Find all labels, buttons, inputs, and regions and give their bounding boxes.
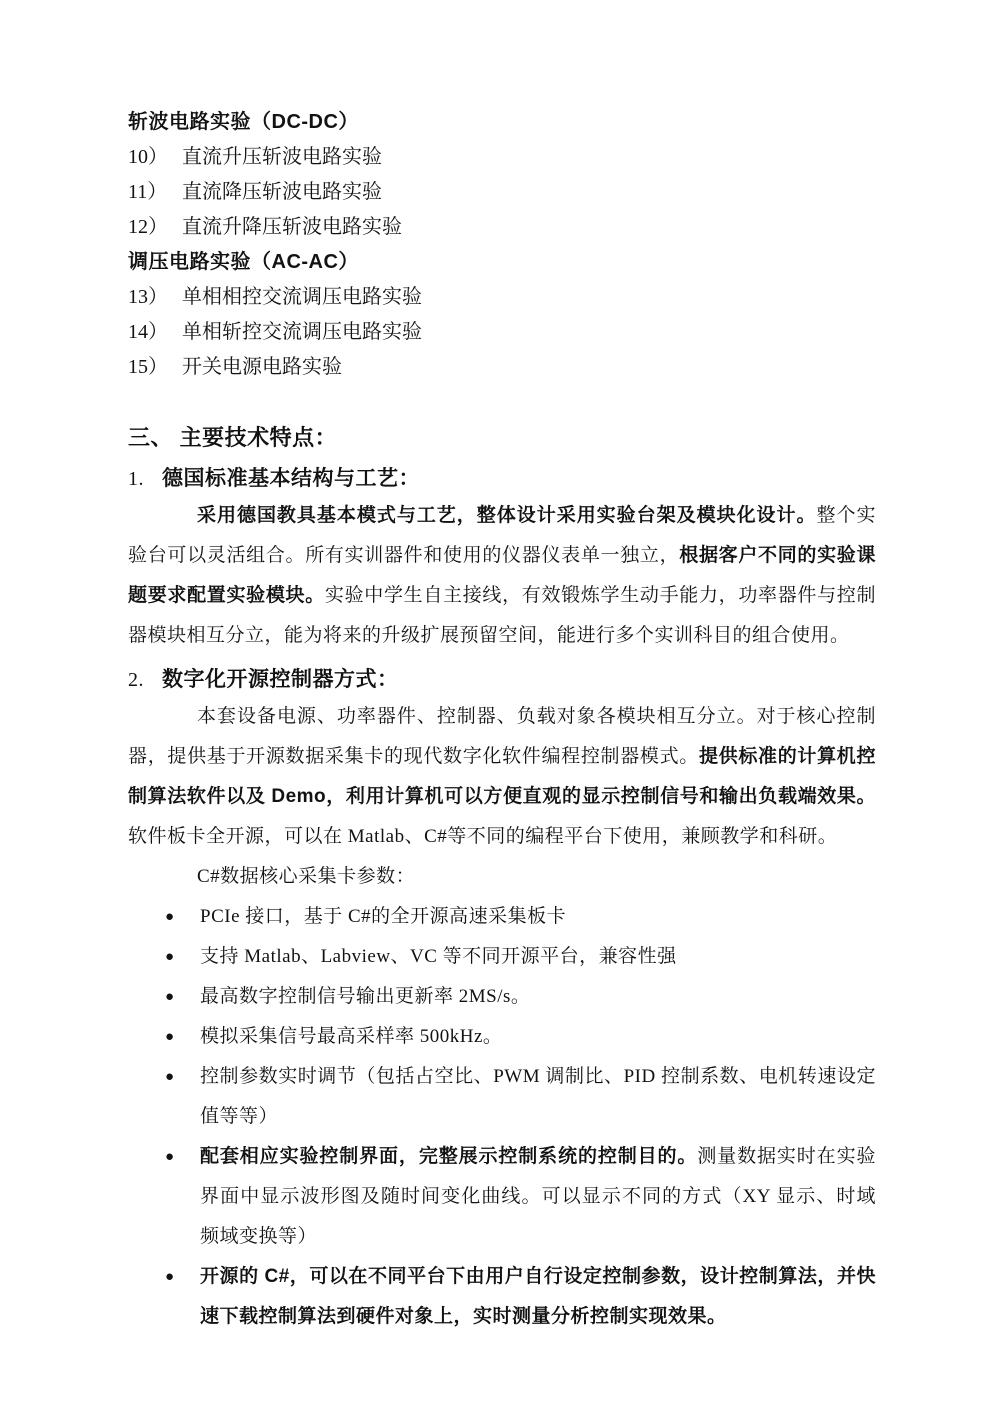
experiment-list-item: 11）直流降压斩波电路实验 (128, 175, 876, 210)
text-run: 控制参数实时调节（包括占空比、PWM 调制比、PID 控制系数、电机转速设定值等… (200, 1066, 876, 1127)
text-run: 最高数字控制信号输出更新率 2MS/s。 (200, 986, 530, 1007)
experiment-list-item: 15）开关电源电路实验 (128, 350, 876, 385)
document-page: 斩波电路实验（DC-DC）10）直流升压斩波电路实验11）直流降压斩波电路实验1… (0, 0, 1000, 1414)
bullet-icon: ● (165, 1137, 175, 1177)
section-title: 三、 主要技术特点： (128, 421, 876, 455)
bullet-icon: ● (165, 897, 175, 937)
bullet-text: 模拟采集信号最高采样率 500kHz。 (200, 1026, 502, 1047)
text-run-bold: 配套相应实验控制界面，完整展示控制系统的控制目的。 (200, 1146, 697, 1167)
bullet-text: 支持 Matlab、Labview、VC 等不同开源平台，兼容性强 (200, 946, 677, 967)
bullet-item: ●配套相应实验控制界面，完整展示控制系统的控制目的。测量数据实时在实验界面中显示… (128, 1137, 876, 1257)
bullet-icon: ● (165, 1057, 175, 1097)
feature-paragraph: 本套设备电源、功率器件、控制器、负载对象各模块相互分立。对于核心控制器，提供基于… (128, 697, 876, 857)
experiment-list-item: 13）单相相控交流调压电路实验 (128, 280, 876, 315)
experiment-list-item: 14）单相斩控交流调压电路实验 (128, 315, 876, 350)
list-item-text: 直流降压斩波电路实验 (182, 181, 382, 203)
list-item-text: 开关电源电路实验 (182, 356, 342, 378)
experiment-lists: 斩波电路实验（DC-DC）10）直流升压斩波电路实验11）直流降压斩波电路实验1… (128, 105, 876, 385)
text-run: 支持 Matlab、Labview、VC 等不同开源平台，兼容性强 (200, 946, 677, 967)
text-run: 模拟采集信号最高采样率 500kHz。 (200, 1026, 502, 1047)
bullet-item: ●开源的 C#，可以在不同平台下由用户自行设定控制参数，设计控制算法，并快速下载… (128, 1257, 876, 1337)
list-item-number: 10） (128, 140, 182, 175)
list-item-text: 直流升降压斩波电路实验 (182, 216, 402, 238)
bullet-text: 最高数字控制信号输出更新率 2MS/s。 (200, 986, 530, 1007)
text-run: 软件板卡全开源，可以在 Matlab、C#等不同的编程平台下使用，兼顾教学和科研… (128, 826, 837, 847)
bullet-icon: ● (165, 1017, 175, 1057)
experiment-group-heading: 斩波电路实验（DC-DC） (128, 105, 876, 140)
bullet-item: ●支持 Matlab、Labview、VC 等不同开源平台，兼容性强 (128, 937, 876, 977)
experiment-list-item: 10）直流升压斩波电路实验 (128, 140, 876, 175)
bullet-icon: ● (165, 1257, 175, 1297)
params-intro: C#数据核心采集卡参数： (128, 857, 876, 897)
feature-sections: 1.德国标准基本结构与工艺：采用德国教具基本模式与工艺，整体设计采用实验台架及模… (128, 462, 876, 857)
bullet-text: PCIe 接口，基于 C#的全开源高速采集板卡 (200, 906, 566, 927)
bullet-text: 开源的 C#，可以在不同平台下由用户自行设定控制参数，设计控制算法，并快速下载控… (200, 1266, 876, 1327)
bullet-text: 配套相应实验控制界面，完整展示控制系统的控制目的。测量数据实时在实验界面中显示波… (200, 1146, 876, 1247)
list-item-number: 11） (128, 175, 182, 210)
experiment-group-heading: 调压电路实验（AC-AC） (128, 245, 876, 280)
bullet-item: ●控制参数实时调节（包括占空比、PWM 调制比、PID 控制系数、电机转速设定值… (128, 1057, 876, 1137)
feature-heading: 1.德国标准基本结构与工艺： (128, 462, 876, 496)
text-run: PCIe 接口，基于 C#的全开源高速采集板卡 (200, 906, 566, 927)
bullet-list: ●PCIe 接口，基于 C#的全开源高速采集板卡●支持 Matlab、Labvi… (128, 897, 876, 1337)
feature-heading: 2.数字化开源控制器方式： (128, 663, 876, 697)
text-run-bold: 采用德国教具基本模式与工艺，整体设计采用实验台架及模块化设计。 (197, 505, 817, 526)
list-item-number: 12） (128, 210, 182, 245)
feature-number: 2. (128, 663, 162, 697)
list-item-number: 15） (128, 350, 182, 385)
list-item-number: 13） (128, 280, 182, 315)
document-content: 斩波电路实验（DC-DC）10）直流升压斩波电路实验11）直流降压斩波电路实验1… (0, 0, 1000, 1337)
bullet-icon: ● (165, 937, 175, 977)
bullet-text: 控制参数实时调节（包括占空比、PWM 调制比、PID 控制系数、电机转速设定值等… (200, 1066, 876, 1127)
list-item-text: 直流升压斩波电路实验 (182, 146, 382, 168)
feature-number: 1. (128, 462, 162, 496)
text-run-bold: 开源的 C#，可以在不同平台下由用户自行设定控制参数，设计控制算法，并快速下载控… (200, 1266, 876, 1327)
experiment-list-item: 12）直流升降压斩波电路实验 (128, 210, 876, 245)
feature-title: 德国标准基本结构与工艺： (162, 467, 420, 490)
list-item-text: 单相相控交流调压电路实验 (182, 286, 422, 308)
list-item-text: 单相斩控交流调压电路实验 (182, 321, 422, 343)
bullet-item: ●PCIe 接口，基于 C#的全开源高速采集板卡 (128, 897, 876, 937)
bullet-icon: ● (165, 977, 175, 1017)
feature-title: 数字化开源控制器方式： (162, 668, 399, 691)
bullet-item: ●模拟采集信号最高采样率 500kHz。 (128, 1017, 876, 1057)
feature-paragraph: 采用德国教具基本模式与工艺，整体设计采用实验台架及模块化设计。整个实验台可以灵活… (128, 496, 876, 656)
list-item-number: 14） (128, 315, 182, 350)
bullet-item: ●最高数字控制信号输出更新率 2MS/s。 (128, 977, 876, 1017)
